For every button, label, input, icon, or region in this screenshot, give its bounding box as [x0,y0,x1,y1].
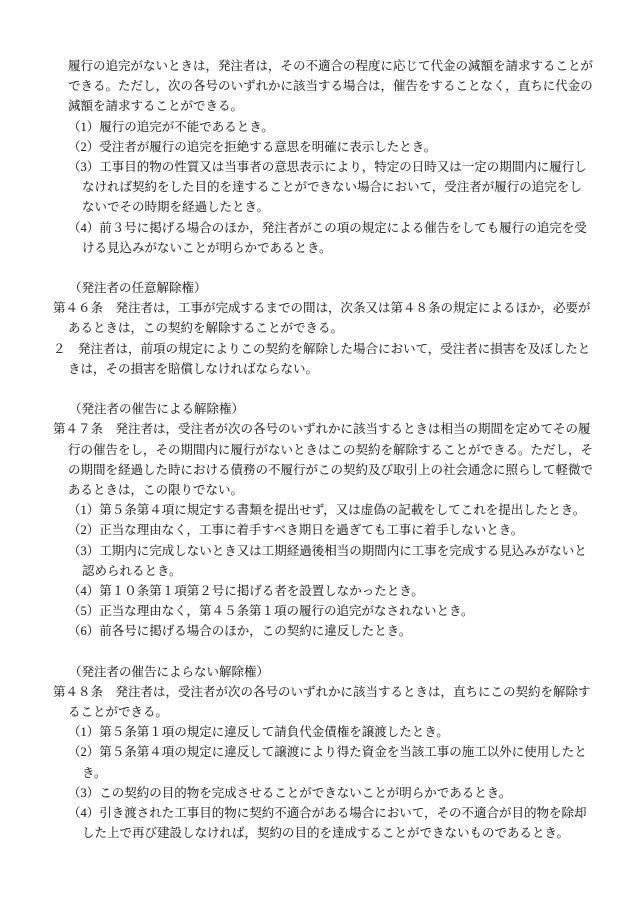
article-line: 第４６条 発注者は，工事が完成するまでの間は，次条又は第４８条の規定によるほか，… [53,298,583,318]
article-line: ２ 発注者は，前項の規定によりこの契約を解除した場合において，受注者に損害を及ぼ… [53,339,583,359]
document-line: （1）第５条第１項の規定に違反して請負代金債権を譲渡したとき。 [68,722,583,742]
document-line: （1）第５条第４項に規定する書類を提出せず，又は虚偽の記載をしてこれを提出したと… [68,500,583,520]
blank-line [53,379,583,399]
section-heading: （発注者の催告による解除権） [69,399,583,419]
document-line: （4）引き渡された工事目的物に契約不適合がある場合において，その不適合が目的物を… [68,803,583,823]
document-page: 履行の追完がないときは，発注者は，その不適合の程度に応じて代金の減額を請求するこ… [0,0,630,903]
blank-line [53,258,583,278]
text-block: 履行の追完がないときは，発注者は，その不適合の程度に応じて代金の減額を請求するこ… [53,56,583,843]
document-line: （3）この契約の目的物を完成させることができないことが明らかであるとき。 [68,783,583,803]
document-line: あるときは，この契約を解除することができる。 [68,318,583,338]
document-line: （2）第５条第４項の規定に違反して譲渡により得た資金を当該工事の施工以外に使用し… [68,742,583,762]
document-line: の期間を経過した時における債務の不履行がこの契約及び取引上の社会通念に照らして軽… [68,460,583,480]
document-line: （3）工事目的物の性質又は当事者の意思表示により，特定の日時又は一定の期間内に履… [68,157,583,177]
article-line: 第４７条 発注者は，受注者が次の各号のいずれかに該当するときは相当の期間を定めて… [53,419,583,439]
document-line: き。 [82,763,583,783]
document-line: 行の催告をし，その期間内に履行がないときはこの契約を解除することができる。ただし… [68,440,583,460]
document-line: 履行の追完がないときは，発注者は，その不適合の程度に応じて代金の減額を請求するこ… [68,56,583,76]
document-line: （4）前３号に掲げる場合のほか，発注者がこの項の規定による催告をしても履行の追完… [68,218,583,238]
document-line: あるときは，この限りでない。 [68,480,583,500]
document-line: できる。ただし，次の各号のいずれかに該当する場合は，催告をすることなく，直ちに代… [68,76,583,96]
section-heading: （発注者の催告によらない解除権） [69,662,583,682]
document-line: （4）第１０条第１項第２号に掲げる者を設置しなかったとき。 [68,581,583,601]
document-line: （2）受注者が履行の追完を拒絶する意思を明確に表示したとき。 [68,137,583,157]
document-line: （5）正当な理由なく，第４５条第１項の履行の追完がなされないとき。 [68,601,583,621]
document-line: なければ契約をした目的を達することができない場合において，受注者が履行の追完をし [82,177,583,197]
document-line: （2）正当な理由なく，工事に着手すべき期日を過ぎても工事に着手しないとき。 [68,520,583,540]
document-line: ることができる。 [68,702,583,722]
document-line: 減額を請求することができる。 [68,96,583,116]
document-line: （1）履行の追完が不能であるとき。 [68,117,583,137]
blank-line [53,641,583,661]
document-line: きは，その損害を賠償しなければならない。 [68,359,583,379]
article-line: 第４８条 発注者は，受注者が次の各号のいずれかに該当するときは，直ちにこの契約を… [53,682,583,702]
document-line: した上で再び建設しなければ，契約の目的を達成することができないものであるとき。 [82,823,583,843]
document-line: ないでその時期を経過したとき。 [82,197,583,217]
document-line: （6）前各号に掲げる場合のほか，この契約に違反したとき。 [68,621,583,641]
document-line: ける見込みがないことが明らかであるとき。 [82,238,583,258]
document-line: （3）工期内に完成しないとき又は工期経過後相当の期間内に工事を完成する見込みがな… [68,541,583,561]
section-heading: （発注者の任意解除権） [69,278,583,298]
document-line: 認められるとき。 [82,561,583,581]
